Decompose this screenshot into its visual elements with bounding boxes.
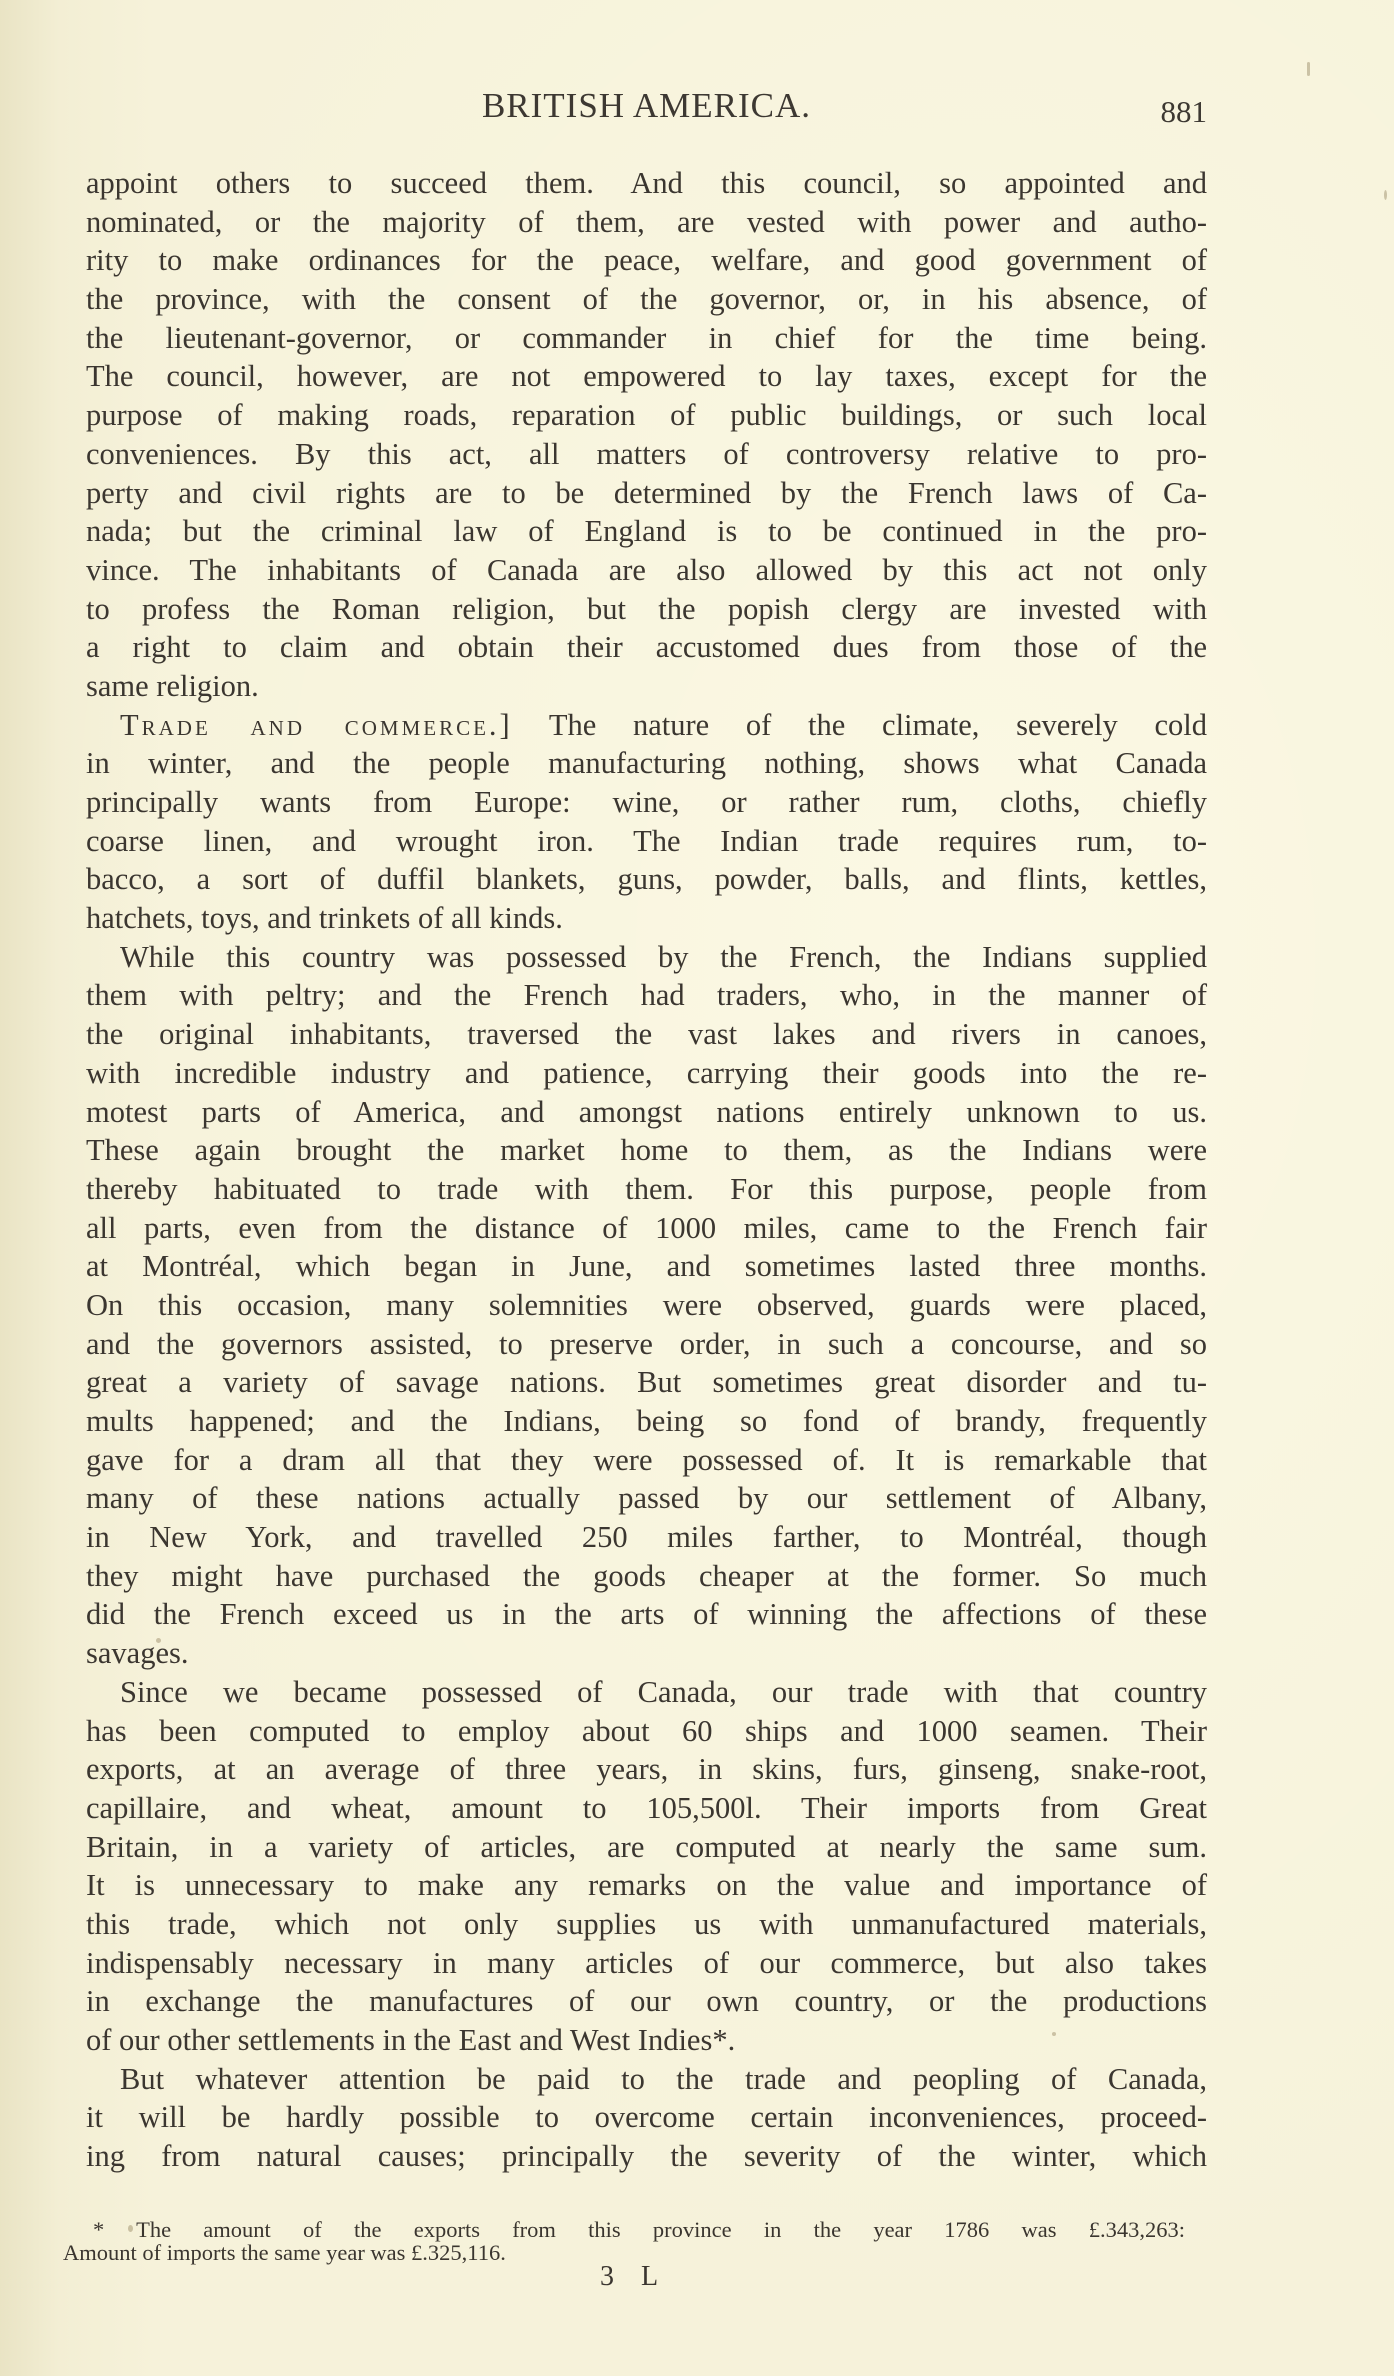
text-line: rity to make ordinances for the peace, w…: [86, 241, 1207, 280]
text-line: the lieutenant-governor, or commander in…: [86, 319, 1207, 358]
text-line: the province, with the consent of the go…: [86, 280, 1207, 319]
text-line: indispensably necessary in many articles…: [86, 1944, 1207, 1983]
text-line: has been computed to employ about 60 shi…: [86, 1712, 1207, 1751]
signature-mark: 3 L: [600, 2262, 668, 2292]
page-number: 881: [1161, 90, 1208, 134]
text-line: did the French exceed us in the arts of …: [86, 1595, 1207, 1634]
text-line: gave for a dram all that they were posse…: [86, 1441, 1207, 1480]
paragraph-first-line: While this country was possessed by the …: [86, 938, 1207, 977]
text-line: mults happened; and the Indians, being s…: [86, 1402, 1207, 1441]
footnote-line: * The amount of the exports from this pr…: [63, 2218, 1185, 2241]
section-first-line: Trade and commerce.] The nature of the c…: [86, 706, 1207, 745]
text-line: vince. The inhabitants of Canada are als…: [86, 551, 1207, 590]
text-line: many of these nations actually passed by…: [86, 1479, 1207, 1518]
text-line: conveniences. By this act, all matters o…: [86, 435, 1207, 474]
paper-speck: [1307, 62, 1310, 76]
running-head: BRITISH AMERICA. 881: [86, 84, 1207, 128]
paper-speck: [128, 2225, 133, 2232]
text-line: in winter, and the people manufacturing …: [86, 744, 1207, 783]
text-line: this trade, which not only supplies us w…: [86, 1905, 1207, 1944]
text-line: motest parts of America, and amongst nat…: [86, 1093, 1207, 1132]
text-line: nada; but the criminal law of England is…: [86, 512, 1207, 551]
text-line: coarse linen, and wrought iron. The Indi…: [86, 822, 1207, 861]
text-line: nominated, or the majority of them, are …: [86, 203, 1207, 242]
paragraph-first-line: But whatever attention be paid to the tr…: [86, 2060, 1207, 2099]
text-line-paragraph-end: hatchets, toys, and trinkets of all kind…: [86, 899, 1207, 938]
text-line: to profess the Roman religion, but the p…: [86, 590, 1207, 629]
text-line: thereby habituated to trade with them. F…: [86, 1170, 1207, 1209]
text-line: great a variety of savage nations. But s…: [86, 1363, 1207, 1402]
text-line: On this occasion, many solemnities were …: [86, 1286, 1207, 1325]
text-line: bacco, a sort of duffil blankets, guns, …: [86, 860, 1207, 899]
section-first-line-text: The nature of the climate, severely cold: [549, 708, 1207, 742]
paper-speck: [156, 1638, 161, 1643]
text-line-paragraph-end: savages.: [86, 1634, 1207, 1673]
text-line: in exchange the manufactures of our own …: [86, 1982, 1207, 2021]
text-line: it will be hardly possible to overcome c…: [86, 2098, 1207, 2137]
paragraph-first-line: Since we became possessed of Canada, our…: [86, 1673, 1207, 1712]
text-line-paragraph-end: same religion.: [86, 667, 1207, 706]
text-line: capillaire, and wheat, amount to 105,500…: [86, 1789, 1207, 1828]
paper-speck: [1384, 190, 1387, 200]
text-line: a right to claim and obtain their accust…: [86, 628, 1207, 667]
running-title: BRITISH AMERICA.: [86, 84, 1207, 128]
text-line: with incredible industry and patience, c…: [86, 1054, 1207, 1093]
text-line: in New York, and travelled 250 miles far…: [86, 1518, 1207, 1557]
footnote: * The amount of the exports from this pr…: [63, 2218, 1185, 2264]
text-line: the original inhabitants, traversed the …: [86, 1015, 1207, 1054]
text-line: at Montréal, which began in June, and so…: [86, 1247, 1207, 1286]
body-text: appoint others to succeed them. And this…: [86, 164, 1207, 2176]
text-line: them with peltry; and the French had tra…: [86, 976, 1207, 1015]
text-line: Britain, in a variety of articles, are c…: [86, 1828, 1207, 1867]
text-line: all parts, even from the distance of 100…: [86, 1209, 1207, 1248]
text-line: It is unnecessary to make any remarks on…: [86, 1866, 1207, 1905]
text-line: they might have purchased the goods chea…: [86, 1557, 1207, 1596]
paper-speck: [1052, 2032, 1056, 2036]
text-line: purpose of making roads, reparation of p…: [86, 396, 1207, 435]
section-heading: Trade and commerce.]: [120, 708, 513, 742]
text-line: appoint others to succeed them. And this…: [86, 164, 1207, 203]
text-line-paragraph-end: of our other settlements in the East and…: [86, 2021, 1207, 2060]
text-line: and the governors assisted, to preserve …: [86, 1325, 1207, 1364]
text-line: exports, at an average of three years, i…: [86, 1750, 1207, 1789]
text-line: These again brought the market home to t…: [86, 1131, 1207, 1170]
text-line: principally wants from Europe: wine, or …: [86, 783, 1207, 822]
text-line: ing from natural causes; principally the…: [86, 2137, 1207, 2176]
book-page: BRITISH AMERICA. 881 appoint others to s…: [0, 0, 1394, 2376]
text-line: perty and civil rights are to be determi…: [86, 474, 1207, 513]
text-line: The council, however, are not empowered …: [86, 357, 1207, 396]
